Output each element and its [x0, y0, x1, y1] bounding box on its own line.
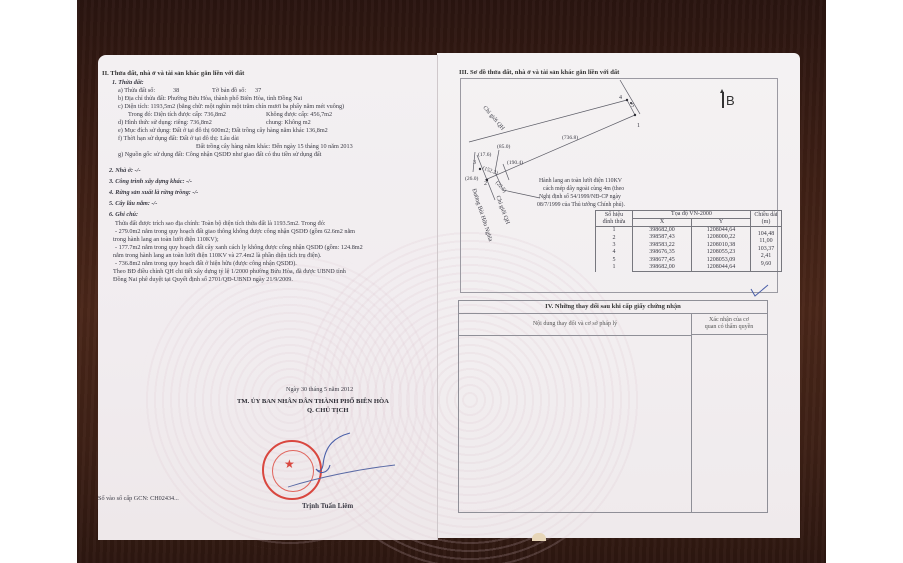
- changes-table: IV. Những thay đổi sau khi cấp giấy chứn…: [458, 300, 768, 513]
- point-id: 2: [599, 235, 629, 242]
- vertex-label: 5: [631, 103, 634, 109]
- point-id: 1: [599, 264, 629, 271]
- y-value: 1208010,38: [695, 242, 747, 249]
- note-line: nằm trong hành lang an toàn lưới điện 11…: [113, 252, 321, 260]
- point-id: 3: [599, 242, 629, 249]
- y-value: 1208055,23: [695, 249, 747, 256]
- point-id: 4: [599, 249, 629, 256]
- dimension-label: (85.0): [497, 144, 510, 150]
- col-point-header: Số hiệu đỉnh thửa: [596, 211, 633, 227]
- point-id: 5: [599, 257, 629, 264]
- parcel-area: c) Diện tích: 1193,5m2 (bằng chữ: một ng…: [118, 103, 344, 111]
- changes-content-header: Nội dung thay đổi và cơ sở pháp lý: [459, 313, 692, 336]
- section-2-title: II. Thửa đất, nhà ở và tài sản khác gắn …: [102, 70, 244, 78]
- col-length-header: Chiều dài (m): [751, 211, 782, 227]
- note-line: trong hành lang an toàn lưới điện 110KV)…: [113, 236, 219, 244]
- y-value: 1208044,64: [695, 227, 747, 234]
- length-value: 103,37: [754, 246, 778, 253]
- y-value: 1208053,09: [695, 257, 747, 264]
- annotation-line: Hành lang an toàn lưới điện 110KV: [539, 178, 622, 184]
- y-value: 1208000,22: [695, 234, 747, 241]
- map-no: 37: [255, 87, 261, 95]
- vertex-label: 3: [473, 160, 476, 166]
- col-system-header: Tọa độ VN-2000: [633, 211, 751, 219]
- x-value: 398682,00: [636, 227, 688, 234]
- length-value: 9,60: [754, 261, 778, 268]
- signing-date: Ngày 30 tháng 5 năm 2012: [286, 386, 353, 394]
- area-granted: Trong đó: Diện tích được cấp: 736,8m2: [128, 111, 226, 119]
- handwritten-signature: [280, 425, 400, 500]
- x-value: 398583,22: [636, 242, 688, 249]
- north-label: B: [726, 93, 735, 108]
- map-no-label: Tờ bản đồ số:: [212, 87, 246, 95]
- vertex-label: 4: [619, 95, 622, 101]
- item-production-forest: 4. Rừng sản xuất là rừng trồng: -/-: [109, 189, 198, 197]
- confirm-header-line: Xác nhận của cơ: [691, 317, 767, 324]
- usage-form-common: chung: Không m2: [266, 119, 311, 127]
- note-line: - 279.0m2 nằm trong quy hoạch đất giao t…: [115, 228, 355, 236]
- annotation-line: cách mép dây ngoài cùng 4m (theo: [543, 186, 624, 192]
- point-id: 1: [599, 227, 629, 234]
- usage-form-private: d) Hình thức sử dụng: riêng: 736,8m2: [118, 119, 212, 127]
- item-perennial-trees: 5. Cây lâu năm: -/-: [109, 200, 157, 208]
- registry-number: Số vào sổ cấp GCN: CH02434...: [98, 495, 179, 503]
- parcel-address: b) Địa chỉ thửa đất: Phường Bửu Hòa, thà…: [118, 95, 302, 103]
- changes-column-divider: [691, 335, 692, 512]
- signer-position: Q. CHỦ TỊCH: [307, 407, 348, 415]
- usage-purpose: e) Mục đích sử dụng: Đất ở tại đô thị 60…: [118, 127, 328, 135]
- note-line: Đồng Nai phê duyệt tại Quyết định số 270…: [113, 276, 293, 284]
- y-value: 1208044,64: [695, 264, 747, 271]
- page-fold: [437, 55, 438, 540]
- item-other-construction: 3. Công trình xây dựng khác: -/-: [109, 178, 192, 186]
- land-origin: g) Nguồn gốc sử dụng đất: Công nhận QSDĐ…: [118, 151, 321, 159]
- y-column: 1208044,64 1208000,22 1208010,38 1208055…: [692, 227, 751, 272]
- note-line: - 177.7m2 nằm trong quy hoạch đất cây xa…: [115, 244, 363, 252]
- pen-check-mark: [750, 284, 770, 298]
- area-not-granted: Không được cấp: 456,7m2: [266, 111, 332, 119]
- parcel-no-label: a) Thửa đất số:: [118, 87, 155, 95]
- section-3-title: III. Sơ đồ thửa đất, nhà ở và tài sản kh…: [459, 69, 619, 77]
- x-value: 398677,45: [636, 257, 688, 264]
- signer-name: Trịnh Tuấn Liêm: [302, 503, 353, 511]
- x-value: 398587,43: [636, 234, 688, 241]
- item-notes-heading: 6. Ghi chú:: [109, 211, 138, 219]
- length-value: 11,00: [754, 238, 778, 245]
- paper-stain: [532, 533, 546, 541]
- usage-term-2: Đất trồng cây hàng năm khác: Đến ngày 15…: [196, 143, 353, 151]
- confirm-header-line: quan có thẩm quyền: [691, 324, 767, 331]
- annotation-line: Nghị định số 54/1999/NĐ-CP ngày: [539, 194, 621, 200]
- length-value: 104,48: [754, 231, 778, 238]
- x-column: 398682,00 398587,43 398583,22 398676,35 …: [633, 227, 692, 272]
- x-value: 398676,35: [636, 249, 688, 256]
- coordinate-table: Số hiệu đỉnh thửa Tọa độ VN-2000 Chiều d…: [595, 210, 782, 272]
- note-line: - 736.8m2 nằm trong quy hoạch đất ở hiện…: [115, 260, 297, 268]
- dimension-label: (17.6): [478, 152, 491, 158]
- point-column: 1 2 3 4 5 1: [596, 227, 633, 272]
- dimension-label: (736.8): [562, 135, 578, 141]
- parcel-no: 38: [173, 87, 179, 95]
- issuing-authority: TM. ỦY BAN NHÂN DÂN THÀNH PHỐ BIÊN HÒA: [237, 398, 389, 406]
- land-heading: 1. Thửa đất:: [112, 79, 144, 87]
- item-house: 2. Nhà ở: -/-: [109, 167, 141, 175]
- col-y-header: Y: [692, 219, 751, 227]
- usage-term: f) Thời hạn sử dụng đất: Đất ở tại đô th…: [118, 135, 239, 143]
- annotation-line: 08/7/1999 của Thủ tướng Chính phủ).: [537, 202, 625, 208]
- dimension-label: (26.0): [465, 176, 478, 182]
- col-x-header: X: [633, 219, 692, 227]
- length-value: 2,41: [754, 253, 778, 260]
- note-line: Theo BĐ điều chỉnh QH chi tiết xây dựng …: [113, 268, 346, 276]
- dimension-label: (190.4): [507, 160, 523, 166]
- x-value: 398682,00: [636, 264, 688, 271]
- vertex-label: 1: [637, 123, 640, 129]
- vertex-label: 2: [484, 181, 487, 187]
- length-column: 104,48 11,00 103,37 2,41 9,60: [751, 227, 782, 272]
- changes-confirm-header: Xác nhận của cơ quan có thẩm quyền: [691, 313, 767, 335]
- note-line: Thửa đất được trích sao địa chính: Toàn …: [115, 220, 326, 228]
- north-arrow-icon: [722, 92, 724, 108]
